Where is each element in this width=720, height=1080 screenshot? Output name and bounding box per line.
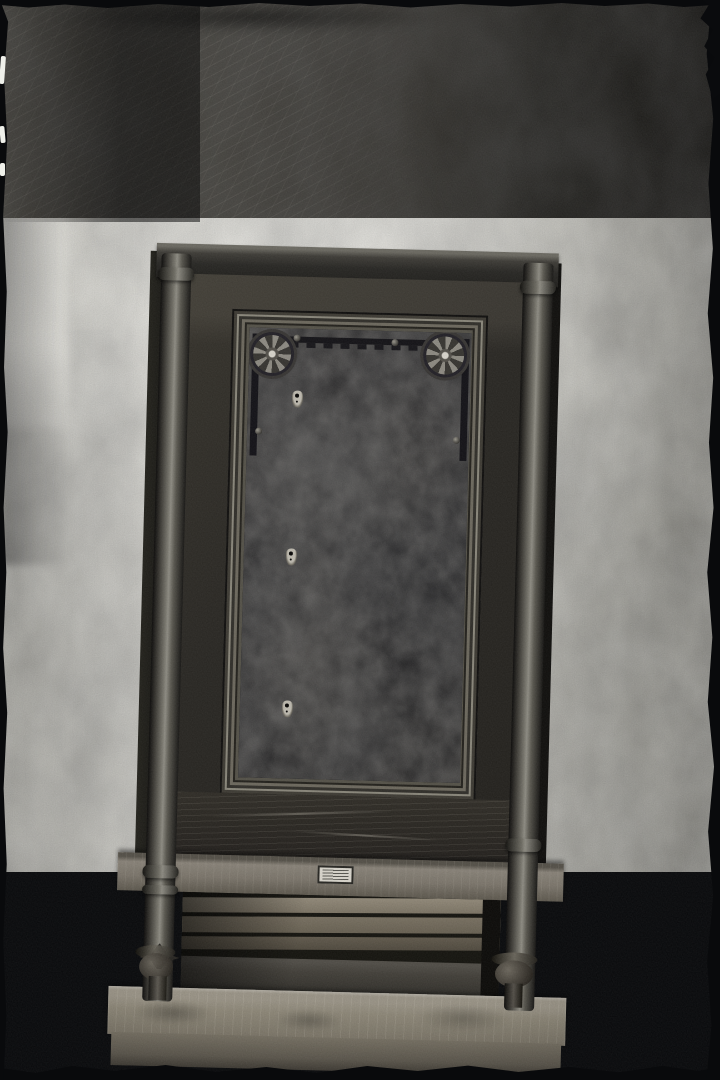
antique-safe — [138, 243, 555, 1075]
keyhole-top — [292, 391, 303, 408]
foot-stem — [148, 976, 167, 1000]
column-foot-left — [140, 945, 196, 1006]
column-collar — [158, 267, 194, 281]
scuff-mark — [211, 811, 391, 818]
keyhole-middle — [286, 548, 297, 565]
keyhole-bottom — [282, 700, 293, 717]
column-foot-right — [496, 952, 552, 1013]
scuff-mark — [291, 830, 441, 841]
column-collar — [520, 280, 556, 294]
photograph — [0, 0, 720, 1080]
plaque-text-lines — [322, 869, 348, 880]
crate-shadow — [181, 892, 333, 992]
door-panel — [238, 327, 472, 783]
torn-edge-nick — [0, 163, 5, 176]
column-collar — [142, 885, 178, 895]
crate-base — [181, 892, 501, 996]
column-collar — [142, 865, 178, 879]
column-collar — [505, 838, 541, 852]
foot-stem — [504, 983, 523, 1007]
panel-patina-texture — [238, 327, 472, 783]
maker-plaque — [317, 865, 353, 884]
